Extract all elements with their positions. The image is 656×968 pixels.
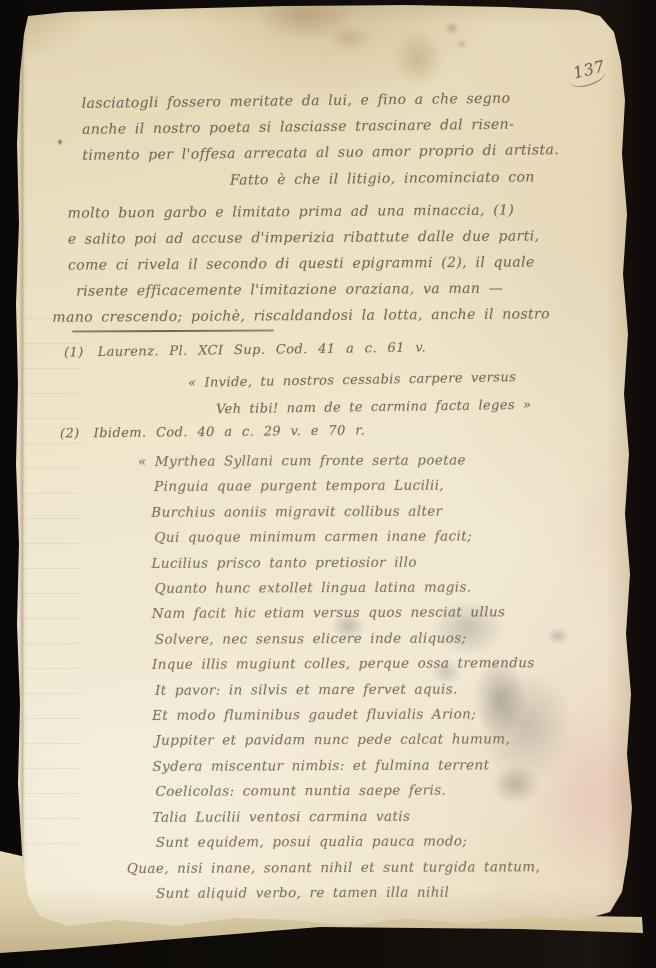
manuscript-line: come ci rivela il secondo di questi epig… bbox=[68, 249, 550, 278]
latin-verse-line: Veh tibi! nam de te carmina facta leges … bbox=[216, 398, 532, 417]
poem-line: Quanto hunc extollet lingua latina magis… bbox=[155, 575, 539, 602]
body-paragraph-2: molto buon garbo e limitato prima ad una… bbox=[68, 197, 551, 330]
footnote-2: (2)Ibidem. Cod. 40 a c. 29 v. e 70 r. bbox=[60, 423, 365, 441]
manuscript-line: timento per l'offesa arrecata al suo amo… bbox=[82, 137, 559, 169]
poem-line: Quae, nisi inane, sonant nihil et sunt t… bbox=[127, 855, 540, 882]
poem-line: Coelicolas: comunt nuntia saepe feris. bbox=[155, 778, 539, 805]
poem-line: Juppiter et pavidam nunc pede calcat hum… bbox=[155, 728, 539, 755]
poem-line: Talia Lucilii ventosi carmina vatis bbox=[153, 804, 540, 831]
poem-line: It pavor: in silvis et mare fervet aquis… bbox=[155, 677, 539, 704]
footnote-reference: Laurenz. Pl. XCI Sup. Cod. 41 a c. 61 v. bbox=[98, 340, 427, 360]
page-number: 137 bbox=[571, 56, 606, 82]
poem-line: Lucilius prisco tanto pretiosior illo bbox=[151, 550, 538, 577]
poem-line: Inque illis mugiunt colles, perque ossa … bbox=[152, 651, 539, 678]
poem-line: Pinguia quae purgent tempora Lucilii, bbox=[154, 474, 538, 501]
footnote-marker: (2) bbox=[60, 426, 80, 441]
poem-line: Burchius aoniis migravit collibus alter bbox=[151, 499, 538, 526]
poem-line: Nam facit hic etiam versus quos nesciat … bbox=[152, 601, 539, 628]
manuscript-line: molto buon garbo e limitato prima ad una… bbox=[68, 197, 550, 226]
page-sheet: 137 lasciatogli fossero meritate da lui,… bbox=[6, 4, 650, 940]
poem-line: Sunt equidem, posui qualia pauca modo; bbox=[156, 829, 540, 856]
poem-line: Et modo fluminibus gaudet fluvialis Ario… bbox=[152, 702, 539, 729]
manuscript-line: mano crescendo; poichè, riscaldandosi la… bbox=[52, 301, 550, 330]
manuscript-line: risente efficacemente l'imitazione orazi… bbox=[76, 275, 550, 304]
body-paragraph-1: lasciatogli fossero meritate da lui, e f… bbox=[82, 85, 560, 169]
poem-line: Solvere, nec sensus elicere inde aliquos… bbox=[155, 626, 539, 653]
poem-line: Sunt aliquid verbo, re tamen illa nihil bbox=[156, 880, 540, 907]
poem-line: « Myrthea Syllani cum fronte serta poeta… bbox=[138, 448, 538, 475]
footnote-reference: Ibidem. Cod. 40 a c. 29 v. e 70 r. bbox=[94, 423, 366, 441]
footnote-marker: (1) bbox=[64, 345, 84, 360]
paragraph-2-first-line: Fatto è che il litigio, incominciato con bbox=[230, 169, 535, 188]
latin-verse-line: « Invide, tu nostros cessabis carpere ve… bbox=[188, 370, 516, 391]
poem-line: Qui quoque minimum carmen inane facit; bbox=[154, 524, 538, 551]
poem-line: Sydera miscentur nimbis: et fulmina terr… bbox=[152, 753, 539, 780]
latin-poem: « Myrthea Syllani cum fronte serta poeta… bbox=[151, 448, 540, 907]
footnote-1: (1)Laurenz. Pl. XCI Sup. Cod. 41 a c. 61… bbox=[64, 340, 426, 360]
manuscript-line: e salito poi ad accuse d'imperizia ribat… bbox=[68, 223, 550, 252]
page-content: 137 lasciatogli fossero meritate da lui,… bbox=[6, 4, 650, 940]
footnote-separator bbox=[72, 329, 274, 332]
manuscript-photo: 137 lasciatogli fossero meritate da lui,… bbox=[0, 0, 656, 968]
